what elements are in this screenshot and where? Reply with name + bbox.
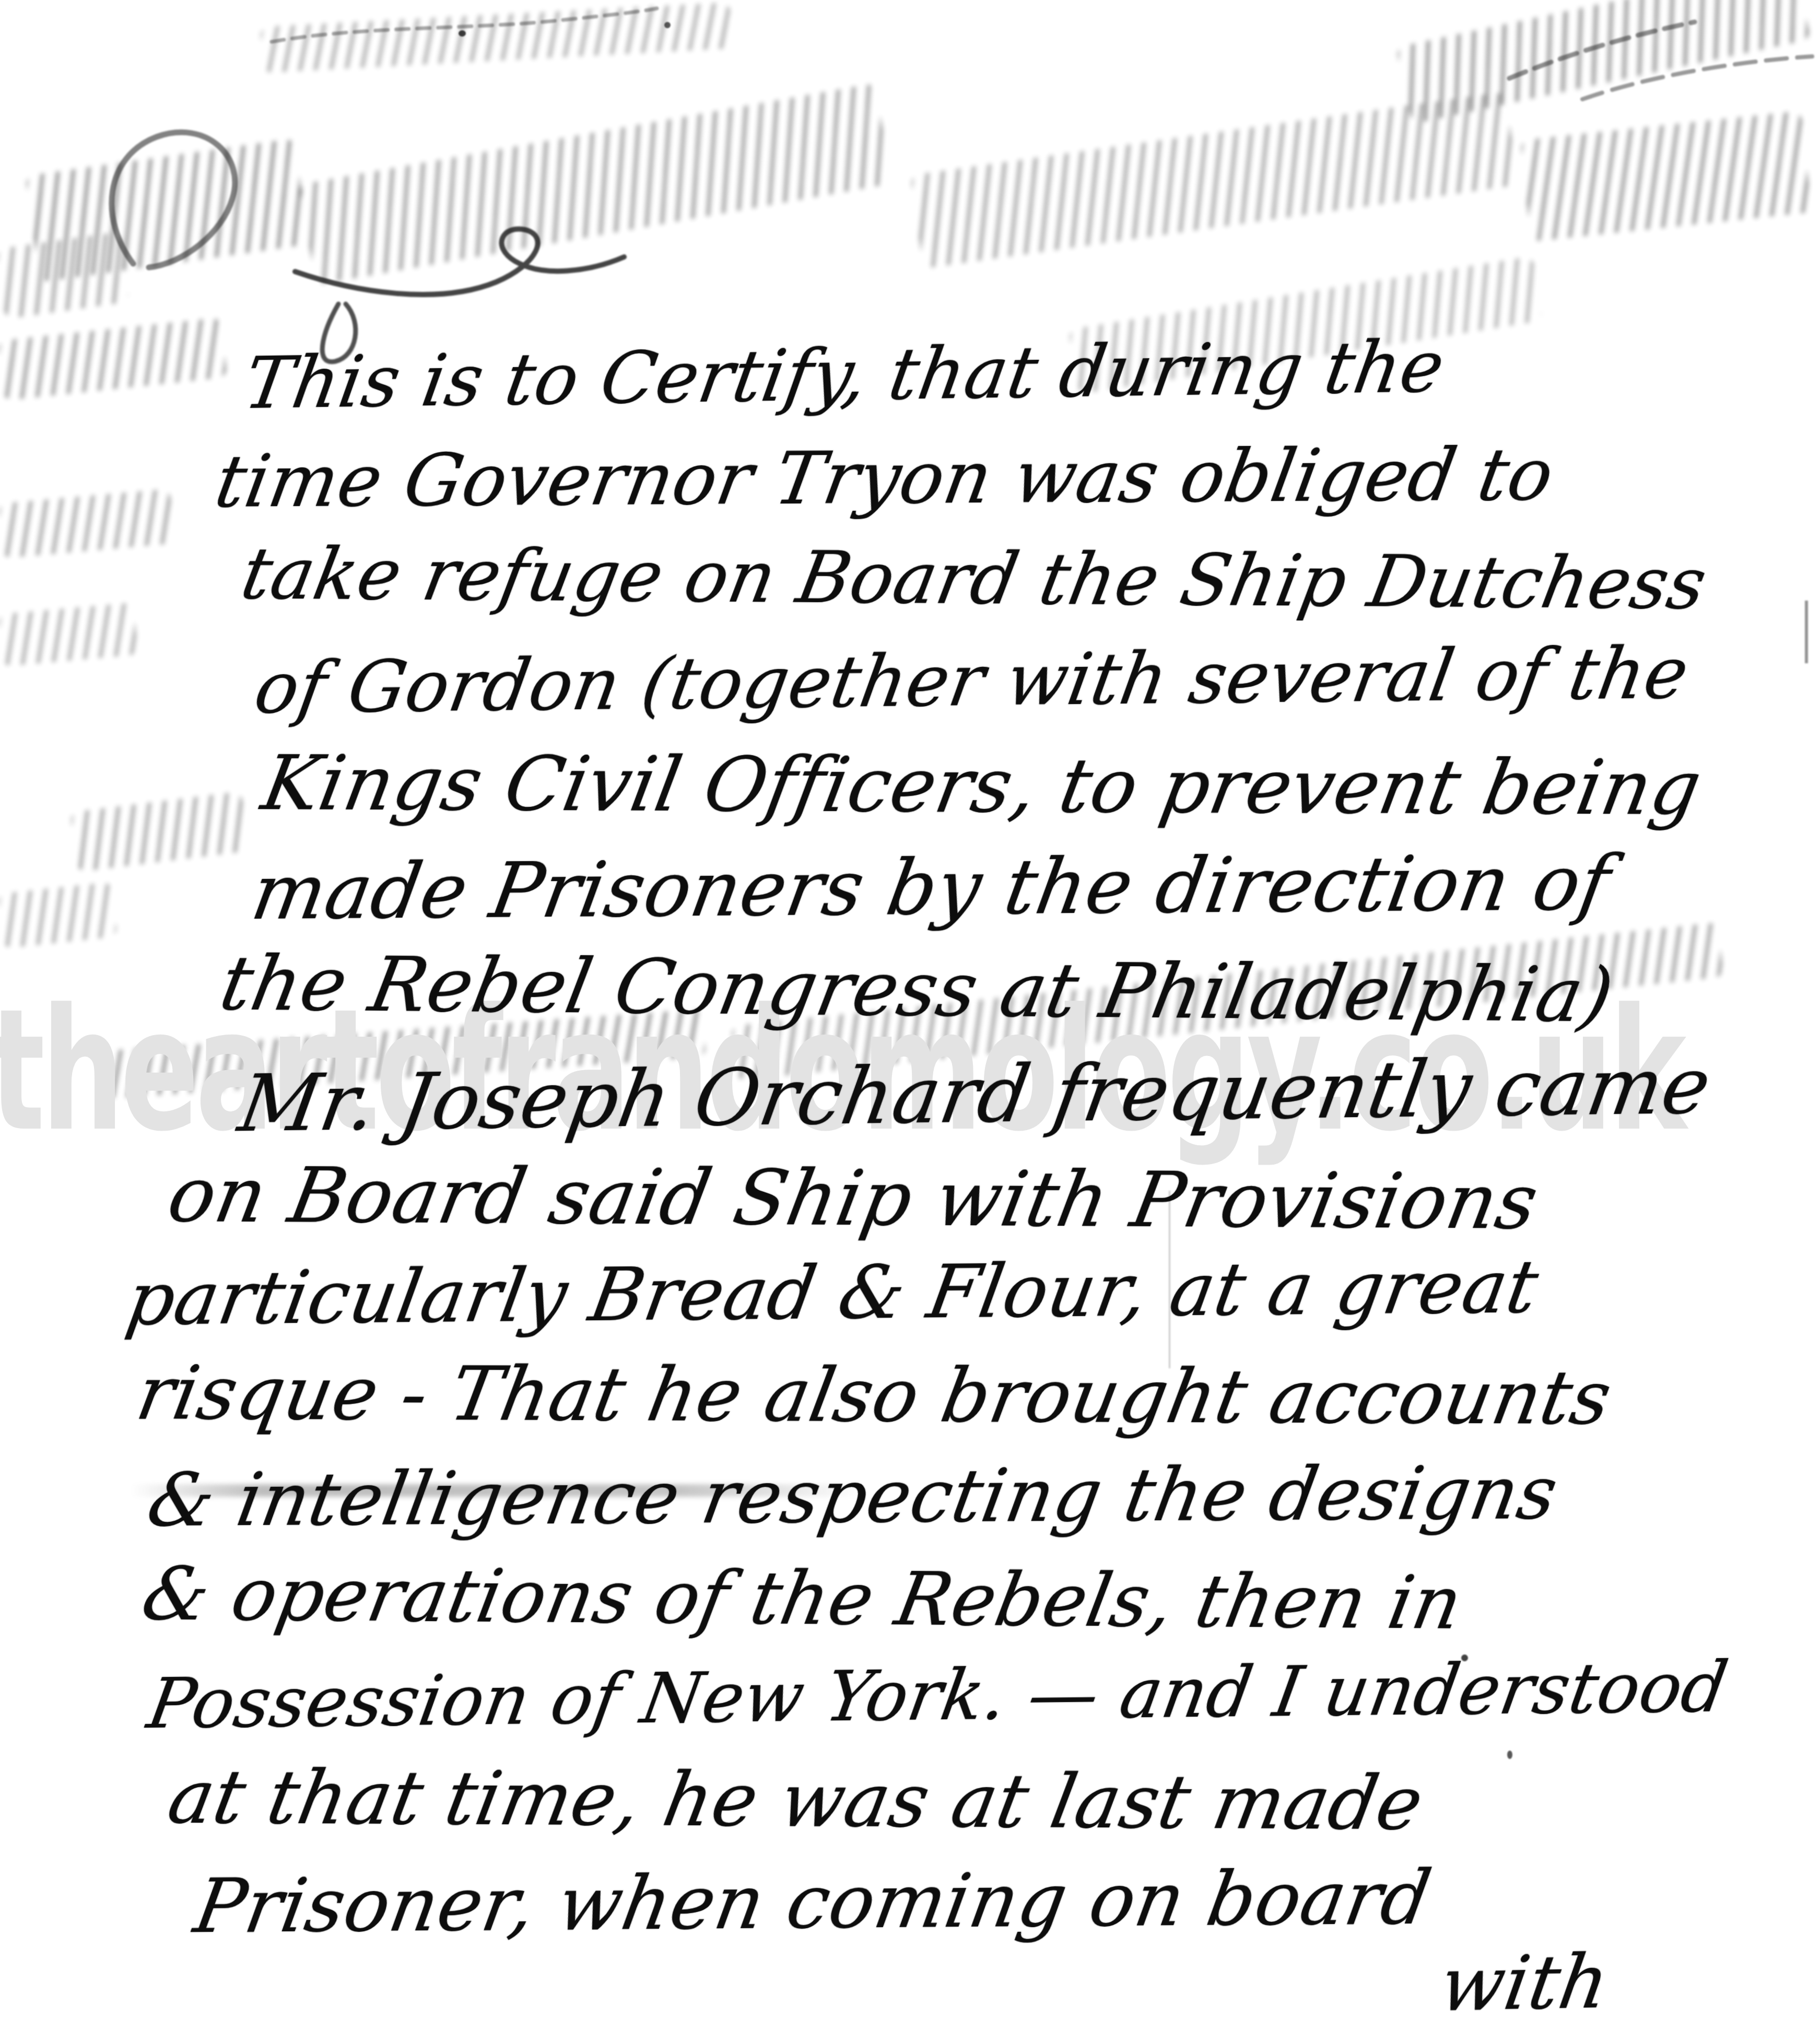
- handwritten-line: & intelligence respecting the designs: [142, 1451, 1564, 1543]
- handwritten-line: the Rebel Congress at Philadelphia): [214, 940, 1621, 1039]
- handwritten-line: risque - That he also brought accounts: [131, 1350, 1618, 1441]
- handwritten-line: made Prisoners by the direction of: [246, 839, 1617, 937]
- document-page: theartofrandomology.co.uk This is to Cer…: [0, 0, 1820, 2042]
- handwritten-line: take refuge on Board the Ship Dutchess: [236, 533, 1713, 625]
- handwritten-line: particularly Bread & Flour, at a great: [121, 1245, 1544, 1342]
- handwritten-line: Prisoner, when coming on board: [189, 1855, 1437, 1950]
- handwritten-line: & operations of the Rebels, then in: [136, 1552, 1469, 1646]
- handwritten-line: on Board said Ship with Provisions: [162, 1151, 1545, 1247]
- catchword: with: [1435, 1939, 1615, 2028]
- handwritten-line: Possession of New York. — and I understo…: [142, 1647, 1733, 1744]
- handwritten-line: Mr. Joseph Orchard frequently came: [233, 1041, 1717, 1150]
- handwritten-line: at that time, he was at last made: [162, 1754, 1430, 1847]
- handwritten-line: of Gordon (together with several of the: [249, 632, 1695, 730]
- handwritten-line: time Governor Tryon was obliged to: [209, 432, 1560, 524]
- handwritten-line: Kings Civil Officers, to prevent being: [256, 739, 1708, 831]
- handwritten-line: This is to Certify, that during the: [239, 326, 1450, 425]
